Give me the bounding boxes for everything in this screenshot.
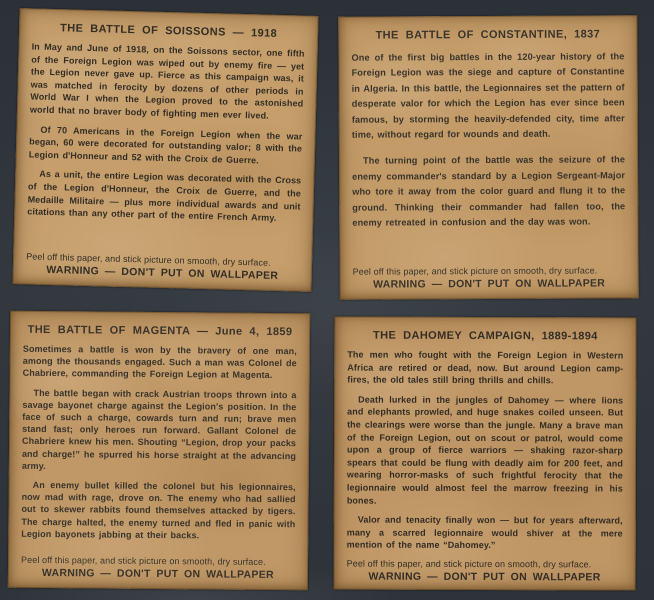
wallpaper-warning: WARNING — DON'T PUT ON WALLPAPER: [21, 567, 295, 581]
wallpaper-warning: WARNING — DON'T PUT ON WALLPAPER: [353, 277, 626, 290]
card-paragraph: In May and June of 1918, on the Soissons…: [30, 40, 305, 123]
card-paragraph: The turning point of the battle was the …: [352, 153, 625, 231]
peel-instruction: Peel off this paper, and stick picture o…: [21, 555, 295, 567]
card-paragraph: Death lurked in the jungles of Dahomey —…: [347, 393, 623, 507]
card-paragraph: The battle began with crack Austrian tro…: [22, 386, 297, 474]
card-title: THE BATTLE OF CONSTANTINE, 1837: [351, 28, 624, 41]
card-battle-of-magenta: THE BATTLE OF MAGENTA — June 4, 1859 Som…: [8, 311, 310, 591]
card-footer: Peel off this paper, and stick picture o…: [347, 558, 623, 583]
card-paragraph: Sometimes a battle is won by the bravery…: [23, 343, 297, 382]
card-battle-of-constantine: THE BATTLE OF CONSTANTINE, 1837 One of t…: [338, 15, 638, 300]
card-title: THE DAHOMEY CAMPAIGN, 1889-1894: [347, 330, 623, 343]
card-title: THE BATTLE OF SOISSONS — 1918: [32, 21, 305, 40]
card-dahomey-campaign: THE DAHOMEY CAMPAIGN, 1889-1894 The men …: [334, 316, 637, 590]
card-paragraph: As a unit, the entire Legion was decorat…: [27, 168, 301, 226]
card-title: THE BATTLE OF MAGENTA — June 4, 1859: [23, 324, 297, 338]
wallpaper-warning: WARNING — DON'T PUT ON WALLPAPER: [347, 570, 623, 583]
card-paragraph: Valor and tenacity finally won — but for…: [347, 514, 623, 553]
card-paragraph: An enemy bullet killed the colonel but h…: [21, 479, 296, 542]
card-footer: Peel off this paper, and stick picture o…: [21, 555, 295, 581]
card-paragraph: Of 70 Americans in the Foreign Legion wh…: [29, 123, 303, 168]
card-battle-of-soissons: THE BATTLE OF SOISSONS — 1918 In May and…: [12, 8, 318, 292]
card-paragraph: One of the first big battles in the 120-…: [351, 49, 624, 143]
card-paragraph: The men who fought with the Foreign Legi…: [347, 349, 623, 388]
card-footer: Peel off this paper, and stick picture o…: [353, 265, 626, 290]
card-footer: Peel off this paper, and stick picture o…: [26, 251, 300, 282]
peel-instruction: Peel off this paper, and stick picture o…: [347, 558, 623, 569]
peel-instruction: Peel off this paper, and stick picture o…: [353, 265, 626, 276]
